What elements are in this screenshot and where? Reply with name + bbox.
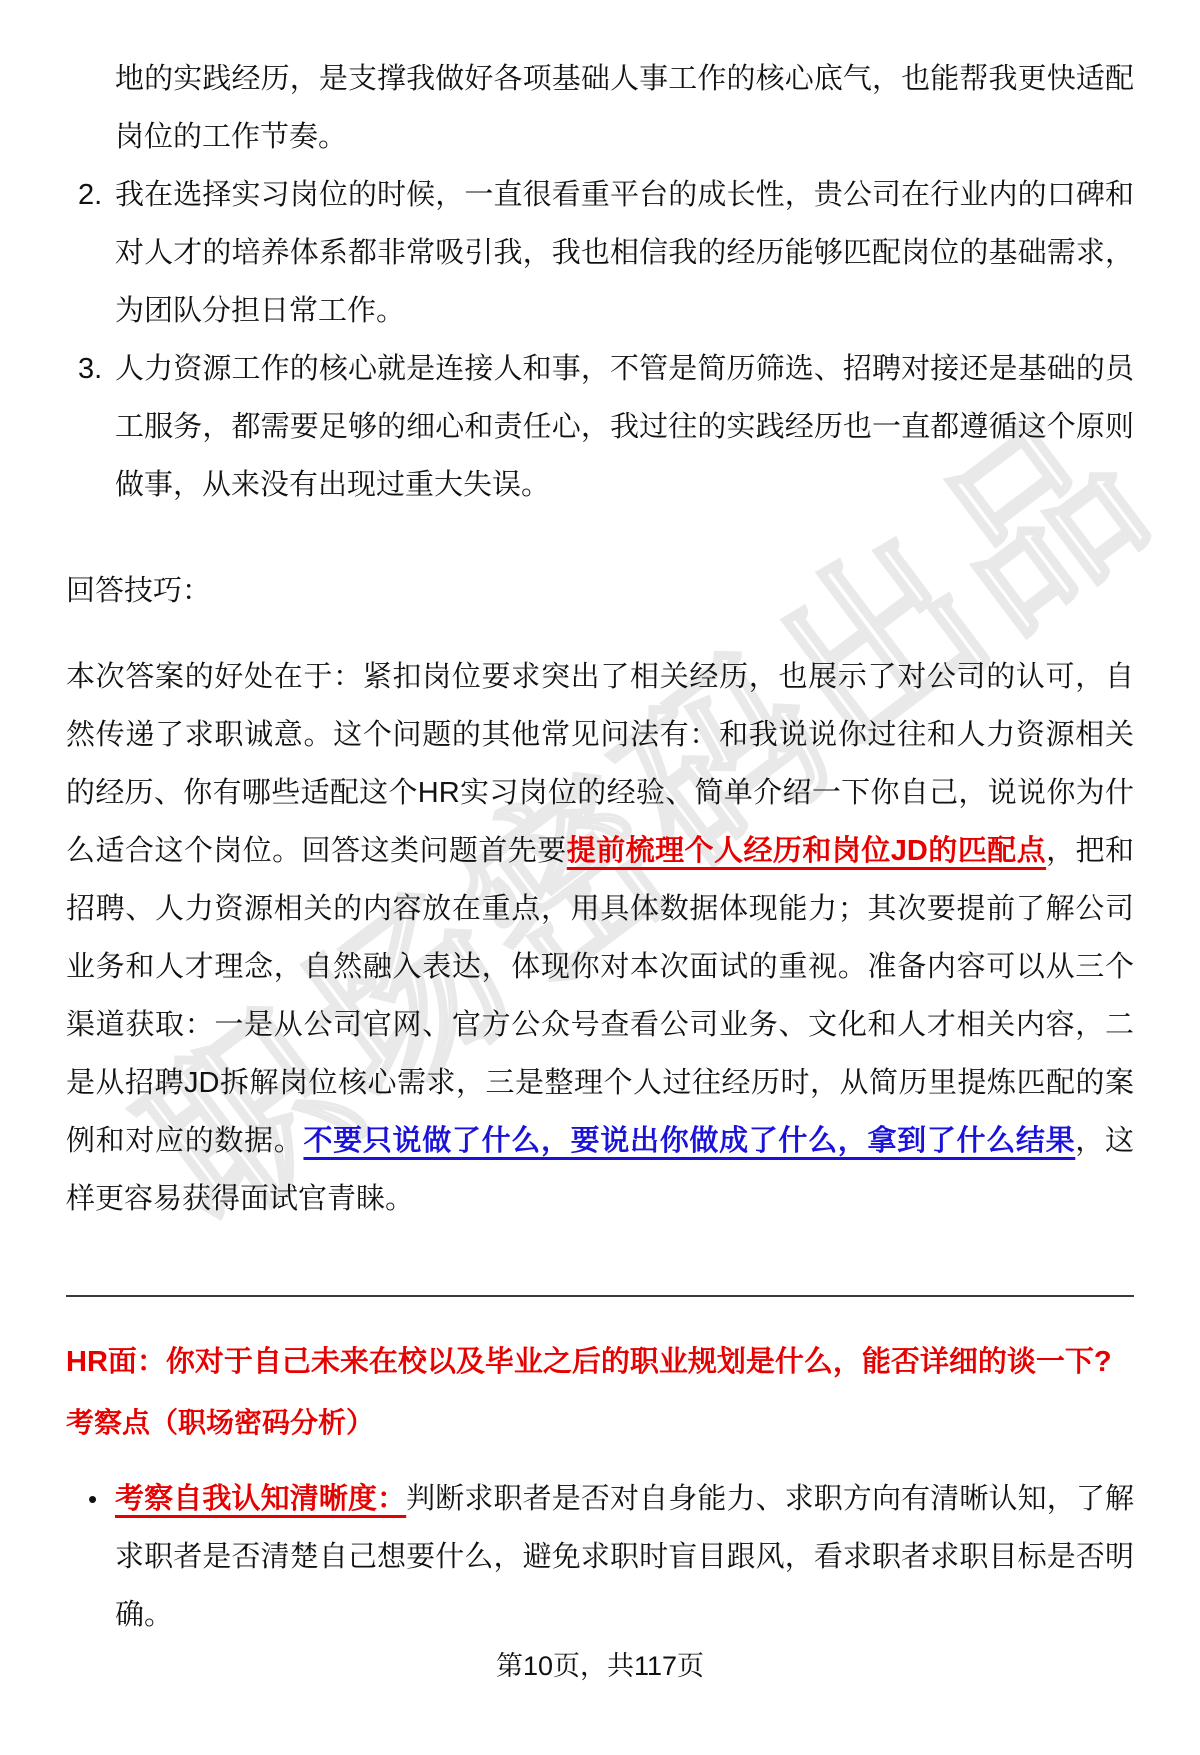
section-label: 考察点（职场密码分析）: [66, 1402, 1134, 1444]
document-page: 职场密码出品 地的实践经历，是支撑我做好各项基础人事工作的核心底气，也能帮我更快…: [0, 0, 1200, 1755]
list-item: 2. 我在选择实习岗位的时候，一直很看重平台的成长性，贵公司在行业内的口碑和对人…: [66, 166, 1134, 340]
text-segment-blue-bold-underline: 不要只说做了什么，要说出你做成了什么，拿到了什么结果: [303, 1125, 1075, 1157]
list-item: 3. 人力资源工作的核心就是连接人和事，不管是简历筛选、招聘对接还是基础的员工服…: [66, 340, 1134, 514]
tips-label: 回答技巧：: [66, 562, 1134, 620]
list-item-text: 我在选择实习岗位的时候，一直很看重平台的成长性，贵公司在行业内的口碑和对人才的培…: [115, 166, 1134, 340]
list-number: [66, 50, 115, 166]
question-heading: HR面：你对于自己未来在校以及毕业之后的职业规划是什么，能否详细的谈一下?: [66, 1339, 1134, 1386]
list-number: 2.: [66, 166, 115, 340]
answer-list: 地的实践经历，是支撑我做好各项基础人事工作的核心底气，也能帮我更快适配岗位的工作…: [66, 50, 1134, 514]
text-segment-red-bold-underline: 提前梳理个人经历和岗位JD的匹配点: [567, 835, 1046, 867]
list-number: 3.: [66, 340, 115, 514]
list-item: 地的实践经历，是支撑我做好各项基础人事工作的核心底气，也能帮我更快适配岗位的工作…: [66, 50, 1134, 166]
page-content: 地的实践经历，是支撑我做好各项基础人事工作的核心底气，也能帮我更快适配岗位的工作…: [0, 0, 1200, 1688]
list-item-text: 人力资源工作的核心就是连接人和事，不管是简历筛选、招聘对接还是基础的员工服务，都…: [115, 340, 1134, 514]
section-divider: [66, 1295, 1134, 1297]
list-item-text: 地的实践经历，是支撑我做好各项基础人事工作的核心底气，也能帮我更快适配岗位的工作…: [115, 50, 1134, 166]
text-segment-normal: ，把和招聘、人力资源相关的内容放在重点，用具体数据体现能力；其次要提前了解公司业…: [66, 835, 1134, 1157]
bullet-text: 考察自我认知清晰度：判断求职者是否对自身能力、求职方向有清晰认知，了解求职者是否…: [115, 1470, 1134, 1644]
bullet-item: • 考察自我认知清晰度：判断求职者是否对自身能力、求职方向有清晰认知，了解求职者…: [66, 1470, 1134, 1644]
page-footer: 第10页，共117页: [66, 1644, 1134, 1688]
tips-paragraph: 本次答案的好处在于：紧扣岗位要求突出了相关经历，也展示了对公司的认可，自然传递了…: [66, 648, 1134, 1228]
bullet-marker: •: [66, 1470, 115, 1644]
text-segment-red-bold-underline: 考察自我认知清晰度：: [115, 1483, 406, 1515]
